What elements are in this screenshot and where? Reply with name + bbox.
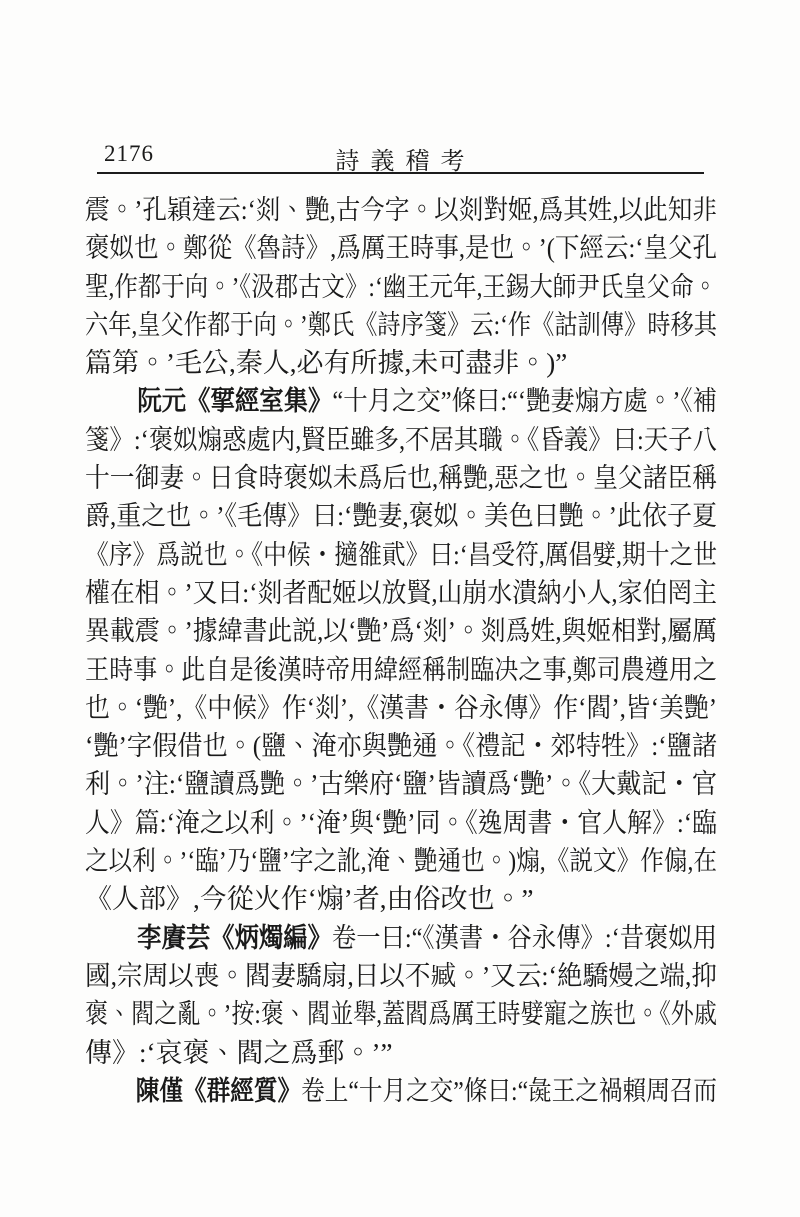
text-line: 異載震。’據緯書此説,以‘艷’爲‘剡’。剡爲姓,與姬相對,屬厲 — [85, 612, 717, 650]
text-line-content: 褒姒也。鄭從《魯詩》,爲厲王時事,是也。’(下經云:‘皇父孔 — [85, 229, 717, 267]
author-work-bold: 阮元《揅經室集》 — [137, 386, 332, 416]
line-text: 《序》爲説也。《中候・擿雒貮》曰:‘昌受符,厲倡嬖,期十之世 — [85, 540, 717, 570]
body-text: 震。’孔穎達云:‘剡、艷,古今字。以剡對姬,爲其姓,以此知非褒姒也。鄭從《魯詩》… — [85, 191, 717, 1110]
paragraph: 震。’孔穎達云:‘剡、艷,古今字。以剡對姬,爲其姓,以此知非褒姒也。鄭從《魯詩》… — [85, 191, 717, 382]
text-line-content: 《序》爲説也。《中候・擿雒貮》曰:‘昌受符,厲倡嬖,期十之世 — [85, 536, 717, 574]
paragraph: 陳僅《群經質》卷上“十月之交”條曰:“彘王之禍賴周召而 — [85, 1072, 717, 1110]
text-line: 震。’孔穎達云:‘剡、艷,古今字。以剡對姬,爲其姓,以此知非 — [85, 191, 717, 229]
text-line-content: 十一御妻。日食時褒姒未爲后也,稱艷,惡之也。皇父諸臣稱 — [85, 459, 717, 497]
text-line-content: 阮元《揅經室集》“十月之交”條曰:“‘艷妻煽方處。’《補 — [85, 382, 717, 420]
line-text: 褒、閻之亂。’按:褒、閻並舉,蓋閻爲厲王時嬖寵之族也。《外戚 — [85, 999, 717, 1029]
line-text: ‘艷’字假借也。(鹽、淹亦與艷通。《禮記・郊特牲》:‘鹽諸 — [85, 731, 717, 761]
text-line: 阮元《揅經室集》“十月之交”條曰:“‘艷妻煽方處。’《補 — [85, 382, 717, 420]
line-text: 異載震。’據緯書此説,以‘艷’爲‘剡’。剡爲姓,與姬相對,屬厲 — [85, 616, 717, 646]
text-line-content: 權在相。’又曰:‘剡者配姬以放賢,山崩水潰納小人,家伯罔主 — [85, 574, 717, 612]
line-text: “十月之交”條曰:“‘艷妻煽方處。’《補 — [332, 386, 717, 416]
text-line-content: 篇第。’毛公,秦人,必有所據,未可盡非。)” — [85, 344, 567, 382]
line-text: 國,宗周以喪。閻妻驕扇,日以不臧。’又云:‘絶驕嫚之端,抑 — [85, 961, 717, 991]
text-line: 陳僅《群經質》卷上“十月之交”條曰:“彘王之禍賴周召而 — [85, 1072, 717, 1110]
line-text: 利。’注:‘鹽讀爲艷。’古樂府‘鹽’皆讀爲‘艷’。《大戴記・官 — [85, 769, 717, 799]
line-text: 之以利。’‘臨’乃‘鹽’字之訛,淹、艷通也。)煽,《説文》作傓,在 — [85, 846, 717, 876]
text-line: 爵,重之也。’《毛傳》曰:‘艷妻,褒姒。美色曰艷。’此依子夏 — [85, 497, 717, 535]
line-text: 十一御妻。日食時褒姒未爲后也,稱艷,惡之也。皇父諸臣稱 — [85, 463, 717, 493]
text-line: 利。’注:‘鹽讀爲艷。’古樂府‘鹽’皆讀爲‘艷’。《大戴記・官 — [85, 765, 717, 803]
line-text: 篇第。’毛公,秦人,必有所據,未可盡非。)” — [85, 348, 567, 378]
line-text: 爵,重之也。’《毛傳》曰:‘艷妻,褒姒。美色曰艷。’此依子夏 — [85, 501, 717, 531]
text-line: 褒、閻之亂。’按:褒、閻並舉,蓋閻爲厲王時嬖寵之族也。《外戚 — [85, 995, 717, 1033]
text-line-content: 震。’孔穎達云:‘剡、艷,古今字。以剡對姬,爲其姓,以此知非 — [85, 191, 717, 229]
paragraph: 李賡芸《炳燭編》卷一曰:“《漢書・谷永傳》:‘昔褒姒用國,宗周以喪。閻妻驕扇,日… — [85, 919, 717, 1072]
line-text: 卷一曰:“《漢書・谷永傳》:‘昔褒姒用 — [332, 923, 717, 953]
line-text: 卷上“十月之交”條曰:“彘王之禍賴周召而 — [301, 1076, 717, 1106]
text-line: 《人部》,今從火作‘煽’者,由俗改也。” — [85, 880, 717, 918]
text-line-content: 《人部》,今從火作‘煽’者,由俗改也。” — [85, 880, 533, 918]
text-line-content: 利。’注:‘鹽讀爲艷。’古樂府‘鹽’皆讀爲‘艷’。《大戴記・官 — [85, 765, 717, 803]
text-line: 箋》:‘褒姒煽惑處内,賢臣雖多,不居其職。《昏義》曰:天子八 — [85, 421, 717, 459]
text-line-content: 王時事。此自是後漢時帝用緯經稱制臨决之事,鄭司農遵用之 — [85, 651, 717, 689]
text-line: 褒姒也。鄭從《魯詩》,爲厲王時事,是也。’(下經云:‘皇父孔 — [85, 229, 717, 267]
running-title: 詩義稽考 — [0, 141, 800, 176]
text-line-content: 李賡芸《炳燭編》卷一曰:“《漢書・谷永傳》:‘昔褒姒用 — [85, 919, 717, 957]
text-line-content: 也。‘艷’,《中候》作‘剡’,《漢書・谷永傳》作‘閻’,皆‘美艷’ — [85, 689, 717, 727]
text-line: 《序》爲説也。《中候・擿雒貮》曰:‘昌受符,厲倡嬖,期十之世 — [85, 536, 717, 574]
text-line: ‘艷’字假借也。(鹽、淹亦與艷通。《禮記・郊特牲》:‘鹽諸 — [85, 727, 717, 765]
text-line: 傳》:‘哀褒、閻之爲郵。’” — [85, 1034, 717, 1072]
text-line: 之以利。’‘臨’乃‘鹽’字之訛,淹、艷通也。)煽,《説文》作傓,在 — [85, 842, 717, 880]
text-line: 國,宗周以喪。閻妻驕扇,日以不臧。’又云:‘絶驕嫚之端,抑 — [85, 957, 717, 995]
header-rule — [97, 172, 704, 174]
text-line: 聖,作都于向。’《汲郡古文》:‘幽王元年,王錫大師尹氏皇父命。 — [85, 268, 717, 306]
text-line: 人》篇:‘淹之以利。’‘淹’與‘艷’同。《逸周書・官人解》:‘臨 — [85, 804, 717, 842]
text-line-content: ‘艷’字假借也。(鹽、淹亦與艷通。《禮記・郊特牲》:‘鹽諸 — [85, 727, 717, 765]
author-work-bold: 李賡芸《炳燭編》 — [137, 923, 332, 953]
text-line-content: 箋》:‘褒姒煽惑處内,賢臣雖多,不居其職。《昏義》曰:天子八 — [85, 421, 717, 459]
text-line-content: 傳》:‘哀褒、閻之爲郵。’” — [85, 1034, 392, 1072]
text-line-content: 爵,重之也。’《毛傳》曰:‘艷妻,褒姒。美色曰艷。’此依子夏 — [85, 497, 717, 535]
text-line-content: 陳僅《群經質》卷上“十月之交”條曰:“彘王之禍賴周召而 — [85, 1072, 717, 1110]
text-line-content: 褒、閻之亂。’按:褒、閻並舉,蓋閻爲厲王時嬖寵之族也。《外戚 — [85, 995, 717, 1033]
line-text: 王時事。此自是後漢時帝用緯經稱制臨决之事,鄭司農遵用之 — [85, 655, 717, 685]
line-text: 聖,作都于向。’《汲郡古文》:‘幽王元年,王錫大師尹氏皇父命。 — [85, 272, 717, 302]
line-text: 六年,皇父作都于向。’鄭氏《詩序箋》云:‘作《詁訓傳》時移其 — [85, 310, 717, 340]
text-line: 十一御妻。日食時褒姒未爲后也,稱艷,惡之也。皇父諸臣稱 — [85, 459, 717, 497]
line-text: 權在相。’又曰:‘剡者配姬以放賢,山崩水潰納小人,家伯罔主 — [85, 578, 717, 608]
text-line-content: 之以利。’‘臨’乃‘鹽’字之訛,淹、艷通也。)煽,《説文》作傓,在 — [85, 842, 717, 880]
line-text: 箋》:‘褒姒煽惑處内,賢臣雖多,不居其職。《昏義》曰:天子八 — [85, 425, 717, 455]
text-line-content: 聖,作都于向。’《汲郡古文》:‘幽王元年,王錫大師尹氏皇父命。 — [85, 268, 717, 306]
line-text: 褒姒也。鄭從《魯詩》,爲厲王時事,是也。’(下經云:‘皇父孔 — [85, 233, 717, 263]
text-line: 李賡芸《炳燭編》卷一曰:“《漢書・谷永傳》:‘昔褒姒用 — [85, 919, 717, 957]
text-line: 權在相。’又曰:‘剡者配姬以放賢,山崩水潰納小人,家伯罔主 — [85, 574, 717, 612]
paragraph: 阮元《揅經室集》“十月之交”條曰:“‘艷妻煽方處。’《補箋》:‘褒姒煽惑處内,賢… — [85, 382, 717, 918]
text-line-content: 六年,皇父作都于向。’鄭氏《詩序箋》云:‘作《詁訓傳》時移其 — [85, 306, 717, 344]
book-page: 2176 詩義稽考 震。’孔穎達云:‘剡、艷,古今字。以剡對姬,爲其姓,以此知非… — [0, 0, 800, 1217]
line-text: 人》篇:‘淹之以利。’‘淹’與‘艷’同。《逸周書・官人解》:‘臨 — [85, 808, 717, 838]
text-line: 六年,皇父作都于向。’鄭氏《詩序箋》云:‘作《詁訓傳》時移其 — [85, 306, 717, 344]
line-text: 震。’孔穎達云:‘剡、艷,古今字。以剡對姬,爲其姓,以此知非 — [85, 195, 717, 225]
author-work-bold: 陳僅《群經質》 — [136, 1076, 301, 1106]
text-line-content: 異載震。’據緯書此説,以‘艷’爲‘剡’。剡爲姓,與姬相對,屬厲 — [85, 612, 717, 650]
text-line-content: 人》篇:‘淹之以利。’‘淹’與‘艷’同。《逸周書・官人解》:‘臨 — [85, 804, 717, 842]
text-line-content: 國,宗周以喪。閻妻驕扇,日以不臧。’又云:‘絶驕嫚之端,抑 — [85, 957, 717, 995]
line-text: 傳》:‘哀褒、閻之爲郵。’” — [85, 1038, 392, 1068]
text-line: 王時事。此自是後漢時帝用緯經稱制臨决之事,鄭司農遵用之 — [85, 651, 717, 689]
text-line: 也。‘艷’,《中候》作‘剡’,《漢書・谷永傳》作‘閻’,皆‘美艷’ — [85, 689, 717, 727]
line-text: 《人部》,今從火作‘煽’者,由俗改也。” — [85, 884, 533, 914]
line-text: 也。‘艷’,《中候》作‘剡’,《漢書・谷永傳》作‘閻’,皆‘美艷’ — [85, 693, 717, 723]
text-line: 篇第。’毛公,秦人,必有所據,未可盡非。)” — [85, 344, 717, 382]
